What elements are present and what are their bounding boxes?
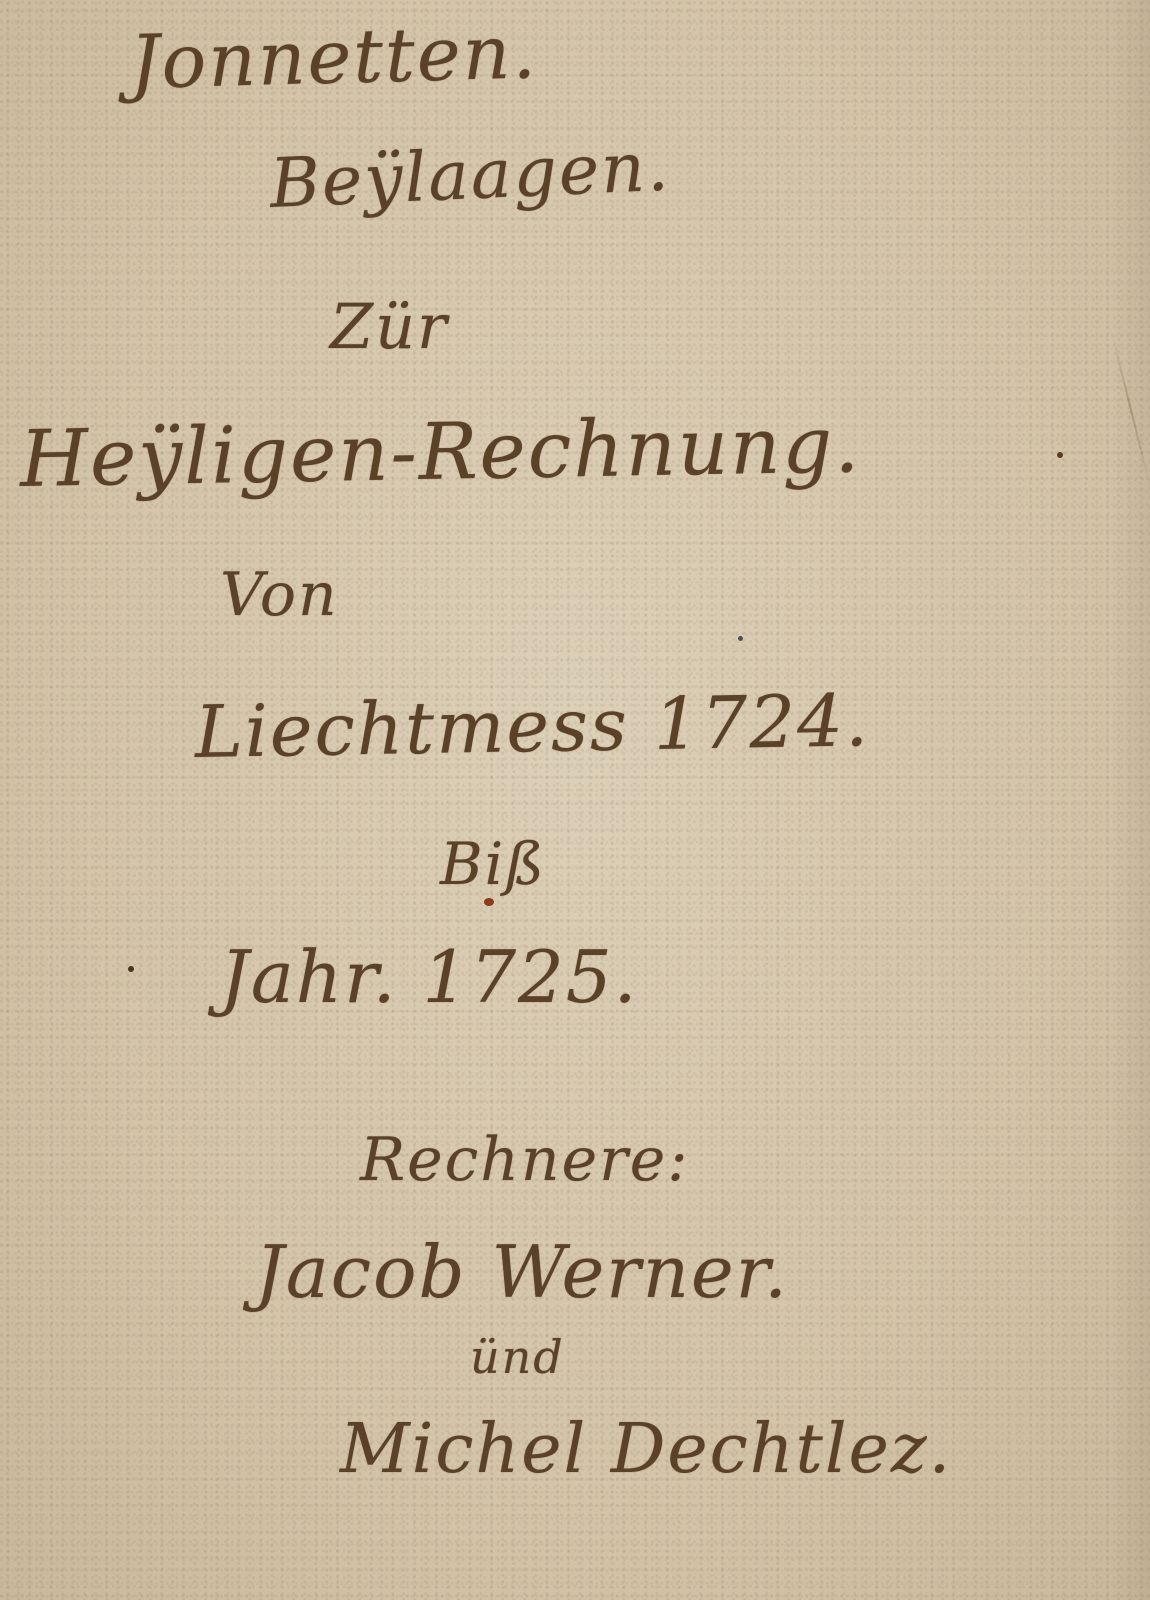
ink-stain xyxy=(484,898,494,906)
paper-sheet: Jonnetten. Beÿlaagen. Zür Heÿligen-Rechn… xyxy=(0,0,1150,1600)
accountant-name-2: Michel Dechtlez. xyxy=(340,1410,952,1489)
conjunction: ünd xyxy=(470,1330,565,1384)
title-line-2: Beÿlaagen. xyxy=(268,128,672,224)
accountants-label: Rechnere: xyxy=(360,1125,689,1195)
title-line-4: Heÿligen-Rechnung. xyxy=(19,400,862,505)
date-from-label: Von xyxy=(220,560,339,630)
paper-edge-shadow xyxy=(1110,0,1150,1600)
date-to: Jahr. 1725. xyxy=(220,935,639,1019)
ink-dot xyxy=(738,636,743,641)
ink-dot xyxy=(128,966,134,972)
title-line-1: Jonnetten. xyxy=(129,9,539,106)
ink-dot xyxy=(1057,452,1063,458)
title-line-3: Zür xyxy=(330,290,449,363)
date-to-label: Biß xyxy=(440,830,546,898)
accountant-name-1: Jacob Werner. xyxy=(255,1230,789,1314)
date-from: Liechtmess 1724. xyxy=(194,678,870,774)
